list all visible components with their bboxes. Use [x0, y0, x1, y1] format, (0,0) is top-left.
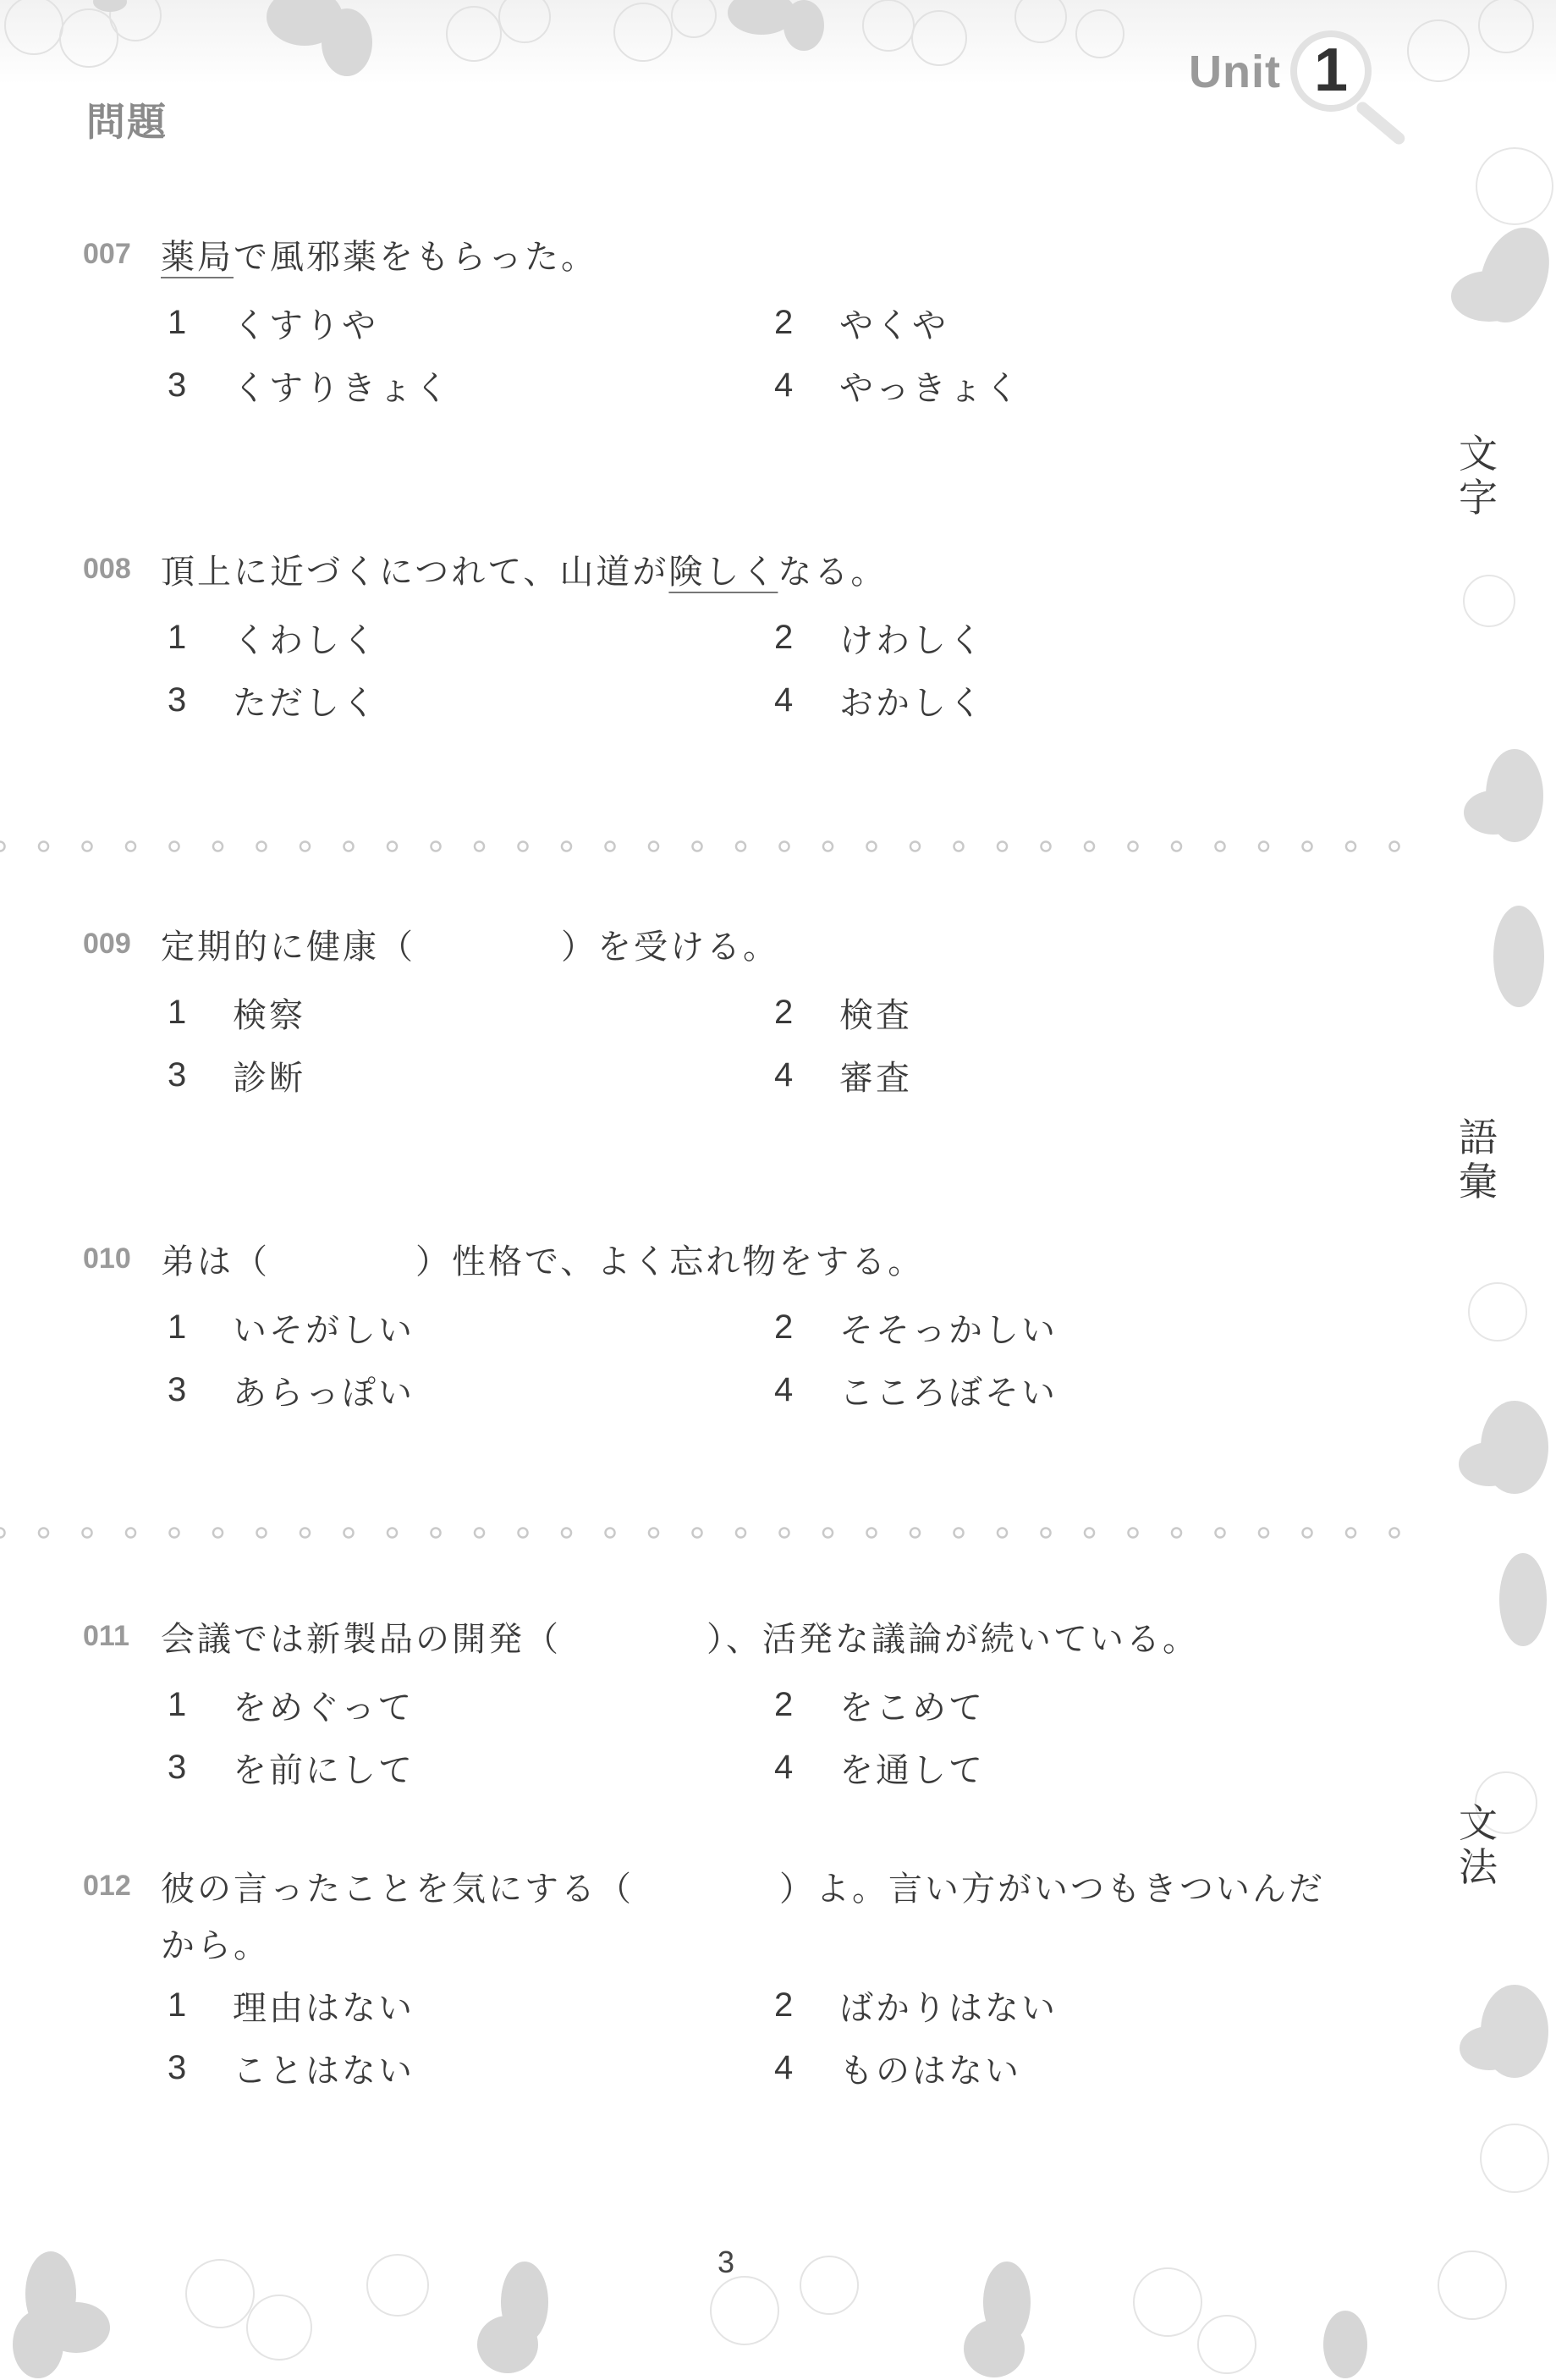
option-4[interactable]: 4やっきょく	[774, 354, 1021, 416]
option-number: 4	[774, 366, 839, 405]
option-number: 2	[774, 304, 839, 342]
option-number: 4	[774, 1056, 839, 1094]
option-3[interactable]: 3を前にして	[168, 1736, 415, 1799]
option-number: 4	[774, 2049, 839, 2087]
option-number: 4	[774, 1371, 839, 1409]
question-009: 009 定期的に健康（ ）を受ける。 1検察 2検査 3診断 4審査	[83, 918, 1403, 1106]
question-text: 薬局で風邪薬をもらった。	[161, 230, 597, 278]
option-1[interactable]: 1理由はない	[168, 1974, 415, 2036]
option-number: 4	[774, 681, 839, 719]
option-4[interactable]: 4ものはない	[774, 2036, 1021, 2099]
question-number: 012	[83, 1870, 161, 1903]
text-after: ）を受ける。	[561, 928, 779, 967]
option-3[interactable]: 3診断	[168, 1044, 305, 1106]
option-number: 2	[774, 994, 839, 1032]
question-010: 010 弟は（ ）性格で、よく忘れ物をする。 1いそがしい 2そそっかしい 3あ…	[83, 1233, 1403, 1421]
option-number: 3	[168, 1056, 233, 1094]
side-tab-char: 文	[1457, 1801, 1499, 1845]
option-1[interactable]: 1くすりや	[168, 291, 378, 354]
text-after: で風邪薬をもらった。	[234, 238, 597, 277]
text-after: ）性格で、よく忘れ物をする。	[415, 1242, 924, 1281]
side-tab-bunpo: 文 法	[1457, 1801, 1499, 1889]
question-number: 008	[83, 553, 161, 586]
option-text: くすりきょく	[233, 361, 451, 410]
answer-blank[interactable]	[270, 1235, 415, 1283]
option-number: 1	[168, 1686, 233, 1724]
option-text: やっきょく	[839, 361, 1021, 410]
option-text: ことはない	[233, 2044, 415, 2092]
option-1[interactable]: 1くわしく	[168, 606, 378, 669]
question-008: 008 頂上に近づくにつれて、山道が険しくなる。 1くわしく 2けわしく 3ただ…	[83, 543, 1403, 731]
unit-label: Unit	[1189, 46, 1281, 98]
side-tab-char: 彙	[1457, 1160, 1499, 1204]
option-text: けわしく	[839, 614, 985, 662]
side-tab-char: 字	[1457, 476, 1499, 520]
option-1[interactable]: 1検察	[168, 981, 305, 1044]
page-number: 3	[709, 2245, 743, 2280]
option-text: をめぐって	[233, 1681, 414, 1729]
option-4[interactable]: 4おかしく	[774, 669, 985, 731]
text-before: 弟は（	[161, 1242, 270, 1281]
option-number: 4	[774, 1749, 839, 1787]
option-number: 2	[774, 619, 839, 657]
option-2[interactable]: 2をこめて	[774, 1673, 985, 1736]
option-4[interactable]: 4を通して	[774, 1736, 985, 1799]
option-number: 3	[168, 1371, 233, 1409]
option-2[interactable]: 2やくや	[774, 291, 948, 354]
option-2[interactable]: 2検査	[774, 981, 912, 1044]
option-number: 3	[168, 366, 233, 405]
unit-badge: Unit 1	[1189, 30, 1417, 124]
text-before: 頂上に近づくにつれて、山道が	[161, 553, 668, 592]
answer-options: 1をめぐって 2をこめて 3を前にして 4を通して	[83, 1673, 1403, 1799]
option-text: そそっかしい	[839, 1303, 1058, 1352]
magnifier-handle-icon	[1355, 100, 1408, 147]
option-number: 1	[168, 1308, 233, 1347]
question-007: 007 薬局で風邪薬をもらった。 1くすりや 2やくや 3くすりきょく 4やっき…	[83, 229, 1403, 416]
flower-decoration-bottom	[0, 2234, 1556, 2380]
question-text-continuation: から。	[83, 1911, 1403, 1974]
option-text: 審査	[839, 1051, 912, 1099]
option-2[interactable]: 2ばかりはない	[774, 1974, 1058, 2036]
option-number: 2	[774, 1986, 839, 2025]
option-text: ばかりはない	[839, 1981, 1058, 2030]
option-text: 検察	[233, 989, 305, 1037]
side-tab-char: 文	[1457, 432, 1499, 476]
option-number: 1	[168, 619, 233, 657]
question-text: 弟は（ ）性格で、よく忘れ物をする。	[161, 1235, 924, 1283]
text-before: 彼の言ったことを気にする（	[161, 1870, 634, 1909]
question-text: 定期的に健康（ ）を受ける。	[161, 920, 779, 968]
section-divider	[0, 840, 1421, 853]
option-2[interactable]: 2そそっかしい	[774, 1296, 1058, 1358]
option-text: やくや	[839, 299, 948, 347]
answer-blank[interactable]	[415, 920, 561, 968]
option-number: 1	[168, 1986, 233, 2025]
text-before: 会議では新製品の開発（	[161, 1620, 561, 1659]
option-text: おかしく	[839, 676, 985, 724]
text-after: なる。	[778, 553, 887, 592]
underlined-word: 薬局	[161, 238, 234, 277]
option-number: 3	[168, 1749, 233, 1787]
option-1[interactable]: 1をめぐって	[168, 1673, 414, 1736]
option-text: 診断	[233, 1051, 305, 1099]
option-3[interactable]: 3くすりきょく	[168, 354, 451, 416]
unit-number: 1	[1290, 36, 1372, 105]
option-text: を前にして	[233, 1744, 415, 1792]
option-text: くすりや	[233, 299, 378, 347]
option-text: くわしく	[233, 614, 378, 662]
text-after: ）よ。言い方がいつもきついんだ	[779, 1870, 1325, 1909]
option-number: 2	[774, 1686, 839, 1724]
option-2[interactable]: 2けわしく	[774, 606, 985, 669]
section-divider	[0, 1526, 1421, 1540]
option-number: 3	[168, 681, 233, 719]
option-4[interactable]: 4こころぼそい	[774, 1358, 1058, 1421]
option-text: こころぼそい	[839, 1366, 1058, 1414]
answer-options: 1くわしく 2けわしく 3ただしく 4おかしく	[83, 606, 1403, 731]
text-after: ）、活発な議論が続いている。	[707, 1620, 1199, 1659]
answer-options: 1くすりや 2やくや 3くすりきょく 4やっきょく	[83, 291, 1403, 416]
question-012: 012 彼の言ったことを気にする（ ）よ。言い方がいつもきついんだ から。 1理…	[83, 1860, 1403, 2099]
option-number: 2	[774, 1308, 839, 1347]
answer-blank[interactable]	[634, 1862, 779, 1910]
answer-options: 1検察 2検査 3診断 4審査	[83, 981, 1403, 1106]
answer-options: 1理由はない 2ばかりはない 3ことはない 4ものはない	[83, 1974, 1403, 2099]
question-number: 011	[83, 1620, 161, 1653]
option-text: 理由はない	[233, 1981, 415, 2030]
question-011: 011 会議では新製品の開発（ ）、活発な議論が続いている。 1をめぐって 2を…	[83, 1611, 1403, 1799]
option-3[interactable]: 3ことはない	[168, 2036, 415, 2099]
option-text: ものはない	[839, 2044, 1021, 2092]
option-1[interactable]: 1いそがしい	[168, 1296, 415, 1358]
option-text: あらっぽい	[233, 1366, 415, 1414]
underlined-word: 険しく	[668, 553, 778, 592]
option-number: 1	[168, 994, 233, 1032]
question-text: 頂上に近づくにつれて、山道が険しくなる。	[161, 545, 887, 593]
question-number: 007	[83, 238, 161, 271]
question-number: 010	[83, 1242, 161, 1275]
section-heading: 問題	[86, 91, 168, 147]
answer-blank[interactable]	[561, 1612, 707, 1661]
side-tab-char: 語	[1457, 1116, 1499, 1160]
option-number: 3	[168, 2049, 233, 2087]
question-text: 会議では新製品の開発（ ）、活発な議論が続いている。	[161, 1612, 1199, 1661]
option-3[interactable]: 3ただしく	[168, 669, 378, 731]
side-tab-char: 法	[1457, 1845, 1499, 1889]
option-number: 1	[168, 304, 233, 342]
question-number: 009	[83, 928, 161, 961]
option-text: 検査	[839, 989, 912, 1037]
option-text: いそがしい	[233, 1303, 415, 1352]
option-4[interactable]: 4審査	[774, 1044, 912, 1106]
option-text: をこめて	[839, 1681, 985, 1729]
side-tab-moji: 文 字	[1457, 432, 1499, 520]
answer-options: 1いそがしい 2そそっかしい 3あらっぽい 4こころぼそい	[83, 1296, 1403, 1421]
option-text: ただしく	[233, 676, 378, 724]
question-text: 彼の言ったことを気にする（ ）よ。言い方がいつもきついんだ	[161, 1862, 1325, 1910]
option-text: を通して	[839, 1744, 985, 1792]
option-3[interactable]: 3あらっぽい	[168, 1358, 415, 1421]
side-tab-goi: 語 彙	[1457, 1116, 1499, 1204]
text-before: 定期的に健康（	[161, 928, 415, 967]
